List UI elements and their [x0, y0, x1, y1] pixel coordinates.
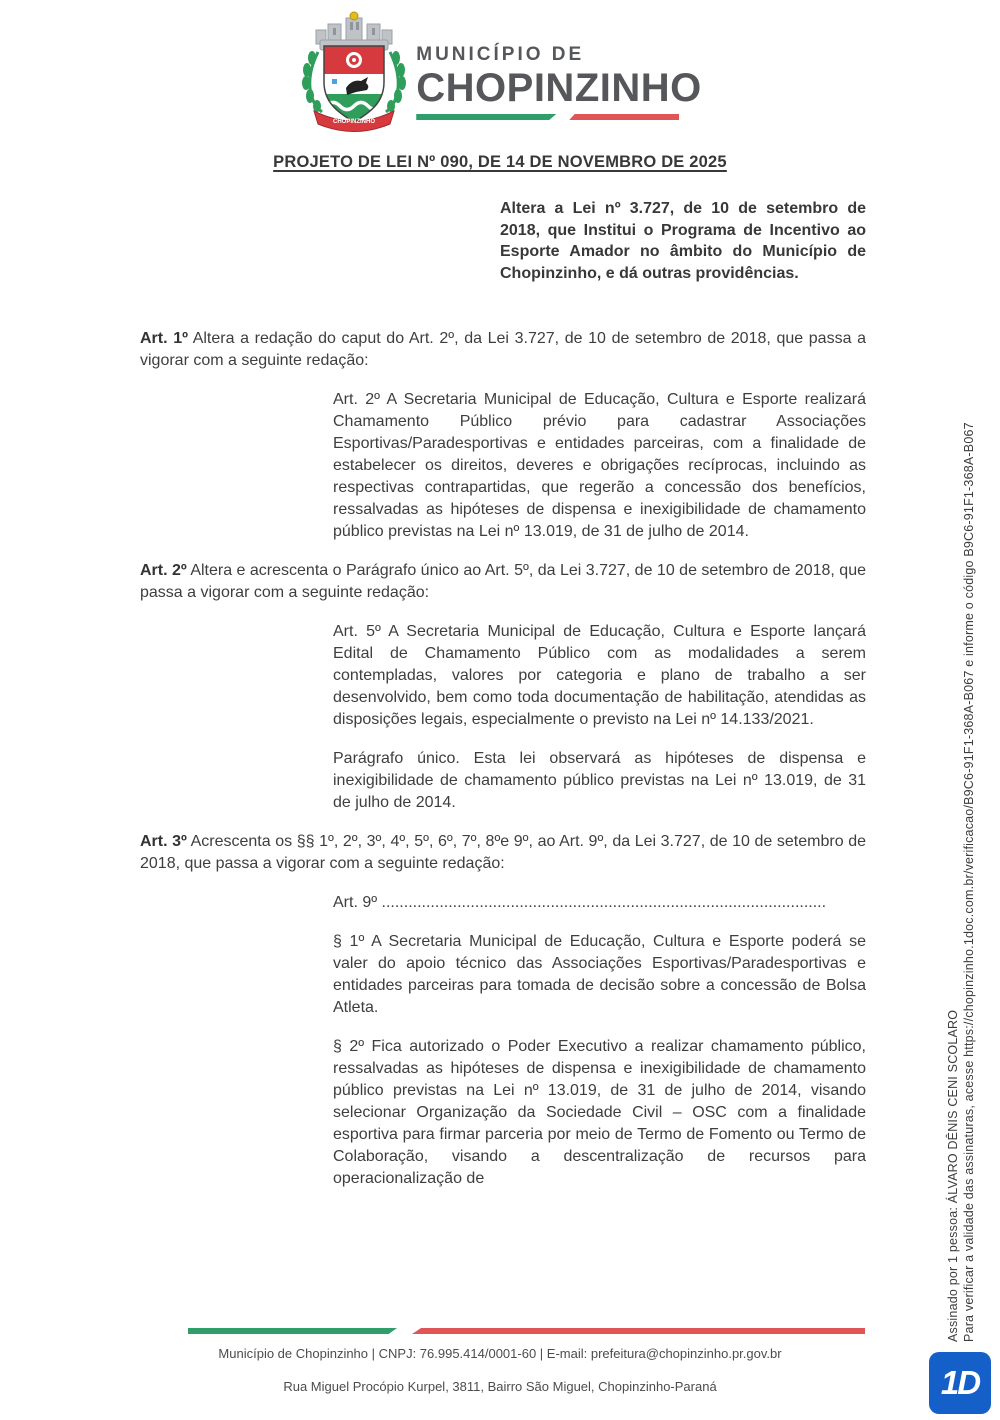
red-bar — [569, 114, 679, 120]
footer-green-bar — [188, 1328, 397, 1334]
article-paragraph: § 1º A Secretaria Municipal de Educação,… — [333, 931, 866, 1019]
document-page: CHOPINZINHO MUNICÍPIO DE CHOPINZINHO PRO… — [0, 0, 1000, 1420]
article-paragraph: Art. 1º Altera a redação do caput do Art… — [140, 328, 866, 372]
municipality-name: CHOPINZINHO — [416, 68, 702, 108]
footer-contact-line: Município de Chopinzinho | CNPJ: 76.995.… — [0, 1346, 1000, 1361]
article-paragraph: Art. 2º Altera e acrescenta o Parágrafo … — [140, 560, 866, 604]
onedoc-logo-text: 1D — [941, 1364, 979, 1402]
document-title: PROJETO DE LEI Nº 090, DE 14 DE NOVEMBRO… — [0, 153, 1000, 172]
article-paragraph: § 2º Fica autorizado o Poder Executivo a… — [333, 1036, 866, 1190]
crest-banner-text: CHOPINZINHO — [333, 119, 375, 125]
green-bar — [416, 114, 556, 120]
ementa-summary: Altera a Lei nº 3.727, de 10 de setembro… — [500, 198, 866, 284]
signature-signed-by-text: Assinado por 1 pessoa: ÁLVARO DÊNIS CENI… — [946, 1010, 960, 1342]
signature-verification-text: Para verificar a validade das assinatura… — [962, 422, 976, 1342]
article-paragraph: Art. 2º A Secretaria Municipal de Educaç… — [333, 389, 866, 543]
article-paragraph: Art. 5º A Secretaria Municipal de Educaç… — [333, 621, 866, 731]
article-paragraph: Parágrafo único. Esta lei observará as h… — [333, 748, 866, 814]
municipality-wordmark: MUNICÍPIO DE CHOPINZINHO — [416, 8, 702, 120]
footer-divider — [0, 1328, 1000, 1334]
wordmark-underline-bars — [416, 114, 702, 120]
municipal-header: CHOPINZINHO MUNICÍPIO DE CHOPINZINHO — [0, 8, 1000, 132]
municipality-prefix: MUNICÍPIO DE — [416, 44, 702, 66]
article-paragraph: Art. 3º Acrescenta os §§ 1º, 2º, 3º, 4º,… — [140, 831, 866, 875]
article-paragraph: Art. 9º ................................… — [333, 892, 866, 914]
coat-of-arms-icon: CHOPINZINHO — [298, 8, 410, 132]
articles: Art. 1º Altera a redação do caput do Art… — [140, 328, 866, 1207]
onedoc-logo: 1D — [929, 1352, 991, 1414]
footer-red-bar — [412, 1328, 865, 1334]
footer-address-line: Rua Miguel Procópio Kurpel, 3811, Bairro… — [0, 1379, 1000, 1394]
